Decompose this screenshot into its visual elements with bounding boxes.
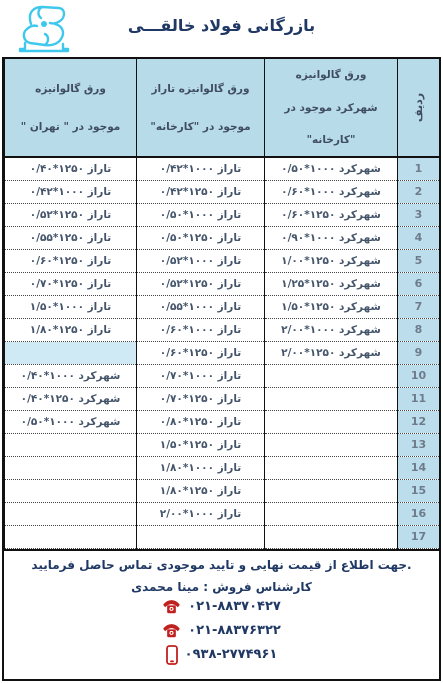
cell-shahrekord: شهرکرد ۱۰۰۰*۰/۵۰: [265, 157, 398, 180]
table-row: 17: [5, 525, 440, 548]
cell-shahrekord: [265, 410, 398, 433]
table-row: 5شهرکرد ۱۲۵۰*۱/۰۰تاراز ۱۰۰۰*۰/۵۲تاراز ۱۲…: [5, 249, 440, 272]
row-number: 6: [398, 272, 440, 295]
cell-shahrekord: شهرکرد ۱۲۵۰*۲/۰۰: [265, 341, 398, 364]
price-table: ردیف ورق گالوانیزه شهرکرد موجود در "کارخ…: [4, 59, 440, 549]
header-line: ورق گالوانیزه: [296, 69, 367, 81]
cell-taraz: تاراز ۱۰۰۰*۰/۵۵: [137, 295, 265, 318]
cell-taraz: تاراز ۱۲۵۰*۰/۵۰: [137, 226, 265, 249]
cell-shahrekord: شهرکرد ۱۰۰۰*۰/۹۰: [265, 226, 398, 249]
telephone-icon: [162, 599, 181, 614]
cell-shahrekord: [265, 525, 398, 548]
row-number: 12: [398, 410, 440, 433]
row-number: 11: [398, 387, 440, 410]
table-row: 15تاراز ۱۲۵۰*۱/۸۰: [5, 479, 440, 502]
cell-tehran: تاراز ۱۰۰۰*۱/۵۰: [5, 295, 137, 318]
cell-tehran: [5, 525, 137, 548]
table-row: 13تاراز ۱۲۵۰*۱/۵۰: [5, 433, 440, 456]
row-number: 14: [398, 456, 440, 479]
table-row: 11تاراز ۱۲۵۰*۰/۷۰شهرکرد ۱۲۵۰*۰/۴۰: [5, 387, 440, 410]
table-row: 12تاراز ۱۲۵۰*۰/۸۰شهرکرد ۱۰۰۰*۰/۵۰: [5, 410, 440, 433]
header-line: ورق گالوانیزه تاراز: [152, 83, 250, 95]
header-line: "کارخانه": [307, 134, 356, 146]
cell-tehran: [5, 456, 137, 479]
cell-shahrekord: [265, 479, 398, 502]
telephone-icon: [162, 623, 181, 638]
cell-shahrekord: شهرکرد ۱۲۵۰*۱/۲۵: [265, 272, 398, 295]
sales-expert: کارشناس فروش : مینا محمدی: [4, 580, 439, 594]
row-number: 13: [398, 433, 440, 456]
row-number: 2: [398, 180, 440, 203]
cell-shahrekord: [265, 502, 398, 525]
phone-number: ۰۹۳۸-۲۷۷۴۹۶۱: [185, 647, 278, 662]
cell-tehran: تاراز ۱۲۵۰*۰/۴۰: [5, 157, 137, 180]
cell-shahrekord: [265, 456, 398, 479]
table-row: 9شهرکرد ۱۲۵۰*۲/۰۰تاراز ۱۲۵۰*۰/۶۰: [5, 341, 440, 364]
table-row: 3شهرکرد ۱۲۵۰*۰/۶۰تاراز ۱۰۰۰*۰/۵۰تاراز ۱۲…: [5, 203, 440, 226]
cell-tehran: شهرکرد ۱۰۰۰*۰/۴۰: [5, 364, 137, 387]
header-line: ورق گالوانیزه: [35, 83, 106, 95]
row-number: 10: [398, 364, 440, 387]
table-row: 4شهرکرد ۱۰۰۰*۰/۹۰تاراز ۱۲۵۰*۰/۵۰تاراز ۱۲…: [5, 226, 440, 249]
cell-shahrekord: شهرکرد ۱۲۵۰*۰/۶۰: [265, 203, 398, 226]
phone-line-2: ۰۲۱-۸۸۳۷۶۳۲۲: [4, 620, 439, 642]
table-row: 6شهرکرد ۱۲۵۰*۱/۲۵تاراز ۱۲۵۰*۰/۵۲تاراز ۱۲…: [5, 272, 440, 295]
row-number: 17: [398, 525, 440, 548]
table-row: 2شهرکرد ۱۰۰۰*۰/۶۰تاراز ۱۲۵۰*۰/۴۲تاراز ۱۰…: [5, 180, 440, 203]
cell-taraz: تاراز ۱۲۵۰*۱/۵۰: [137, 433, 265, 456]
contact-footer: جهت اطلاع از قیمت نهایی و تایید موجودی ت…: [4, 549, 439, 680]
header-line: موجود در "کارخانه": [150, 121, 250, 133]
row-number: 5: [398, 249, 440, 272]
mobile-icon: [166, 645, 178, 665]
header-radif-label: ردیف: [412, 93, 425, 122]
company-title: بازرگانی فولاد خالقـــی: [0, 16, 443, 35]
phone-number: ۰۲۱-۸۸۳۷۶۳۲۲: [188, 623, 281, 638]
cell-taraz: تاراز ۱۲۵۰*۰/۶۰: [137, 341, 265, 364]
row-number: 16: [398, 502, 440, 525]
cell-taraz: تاراز ۱۲۵۰*۰/۷۰: [137, 387, 265, 410]
cell-taraz: تاراز ۱۰۰۰*۰/۵۰: [137, 203, 265, 226]
cell-shahrekord: [265, 364, 398, 387]
cell-shahrekord: شهرکرد ۱۲۵۰*۱/۵۰: [265, 295, 398, 318]
cell-taraz: تاراز ۱۲۵۰*۰/۴۲: [137, 180, 265, 203]
header-taraz: ورق گالوانیزه تاراز موجود در "کارخانه": [137, 59, 265, 157]
row-number: 15: [398, 479, 440, 502]
cell-tehran: تاراز ۱۲۵۰*۰/۷۰: [5, 272, 137, 295]
table-row: 10تاراز ۱۰۰۰*۰/۷۰شهرکرد ۱۰۰۰*۰/۴۰: [5, 364, 440, 387]
cell-tehran: تاراز ۱۰۰۰*۰/۴۲: [5, 180, 137, 203]
cell-taraz: تاراز ۱۰۰۰*۲/۰۰: [137, 502, 265, 525]
table-row: 1شهرکرد ۱۰۰۰*۰/۵۰تاراز ۱۰۰۰*۰/۴۲تاراز ۱۲…: [5, 157, 440, 180]
cell-tehran: [5, 479, 137, 502]
row-number: 8: [398, 318, 440, 341]
contact-note: جهت اطلاع از قیمت نهایی و تایید موجودی ت…: [4, 558, 439, 572]
cell-tehran: شهرکرد ۱۰۰۰*۰/۵۰: [5, 410, 137, 433]
price-table-body: 1شهرکرد ۱۰۰۰*۰/۵۰تاراز ۱۰۰۰*۰/۴۲تاراز ۱۲…: [5, 157, 440, 548]
cell-shahrekord: [265, 433, 398, 456]
cell-taraz: تاراز ۱۰۰۰*۰/۴۲: [137, 157, 265, 180]
header-shahrekord: ورق گالوانیزه شهرکرد موجود در "کارخانه": [265, 59, 398, 157]
cell-shahrekord: شهرکرد ۱۲۵۰*۱/۰۰: [265, 249, 398, 272]
table-row: 16تاراز ۱۰۰۰*۲/۰۰: [5, 502, 440, 525]
row-number: 7: [398, 295, 440, 318]
phone-number: ۰۲۱-۸۸۳۷۰۴۲۷: [188, 599, 281, 614]
brand-header: بازرگانی فولاد خالقـــی: [0, 0, 443, 57]
cell-tehran: [5, 502, 137, 525]
cell-tehran: تاراز ۱۲۵۰*۱/۸۰: [5, 318, 137, 341]
row-number: 9: [398, 341, 440, 364]
phone-line-3: ۰۹۳۸-۲۷۷۴۹۶۱: [4, 644, 439, 666]
cell-tehran: تاراز ۱۲۵۰*۰/۶۰: [5, 249, 137, 272]
table-row: 7شهرکرد ۱۲۵۰*۱/۵۰تاراز ۱۰۰۰*۰/۵۵تاراز ۱۰…: [5, 295, 440, 318]
price-sheet-page: بازرگانی فولاد خالقـــی ردیف ورق گالوانی…: [0, 0, 443, 683]
phone-line-1: ۰۲۱-۸۸۳۷۰۴۲۷: [4, 596, 439, 618]
cell-tehran: شهرکرد ۱۲۵۰*۰/۴۰: [5, 387, 137, 410]
cell-taraz: تاراز ۱۲۵۰*۰/۵۲: [137, 272, 265, 295]
cell-taraz: تاراز ۱۰۰۰*۰/۵۲: [137, 249, 265, 272]
table-row: 14تاراز ۱۰۰۰*۱/۸۰: [5, 456, 440, 479]
row-number: 1: [398, 157, 440, 180]
cell-taraz: تاراز ۱۲۵۰*۱/۸۰: [137, 479, 265, 502]
header-line: شهرکرد موجود در: [284, 102, 377, 114]
cell-taraz: تاراز ۱۰۰۰*۱/۸۰: [137, 456, 265, 479]
table-row: 8شهرکرد ۱۰۰۰*۲/۰۰تاراز ۱۰۰۰*۰/۶۰تاراز ۱۲…: [5, 318, 440, 341]
cell-shahrekord: [265, 387, 398, 410]
header-line: موجود در " تهران ": [21, 121, 121, 133]
cell-tehran: تاراز ۱۲۵۰*۰/۵۲: [5, 203, 137, 226]
header-row: ردیف ورق گالوانیزه شهرکرد موجود در "کارخ…: [5, 59, 440, 157]
cell-tehran: [5, 433, 137, 456]
cell-shahrekord: شهرکرد ۱۰۰۰*۲/۰۰: [265, 318, 398, 341]
cell-tehran: تاراز ۱۲۵۰*۰/۵۵: [5, 226, 137, 249]
cell-shahrekord: شهرکرد ۱۰۰۰*۰/۶۰: [265, 180, 398, 203]
cell-taraz: [137, 525, 265, 548]
table-frame: ردیف ورق گالوانیزه شهرکرد موجود در "کارخ…: [2, 57, 441, 681]
cell-taraz: تاراز ۱۰۰۰*۰/۷۰: [137, 364, 265, 387]
cell-taraz: تاراز ۱۲۵۰*۰/۸۰: [137, 410, 265, 433]
row-number: 4: [398, 226, 440, 249]
header-tehran: ورق گالوانیزه موجود در " تهران ": [5, 59, 137, 157]
cell-tehran: [5, 341, 137, 364]
cell-taraz: تاراز ۱۰۰۰*۰/۶۰: [137, 318, 265, 341]
header-radif: ردیف: [398, 59, 440, 157]
row-number: 3: [398, 203, 440, 226]
